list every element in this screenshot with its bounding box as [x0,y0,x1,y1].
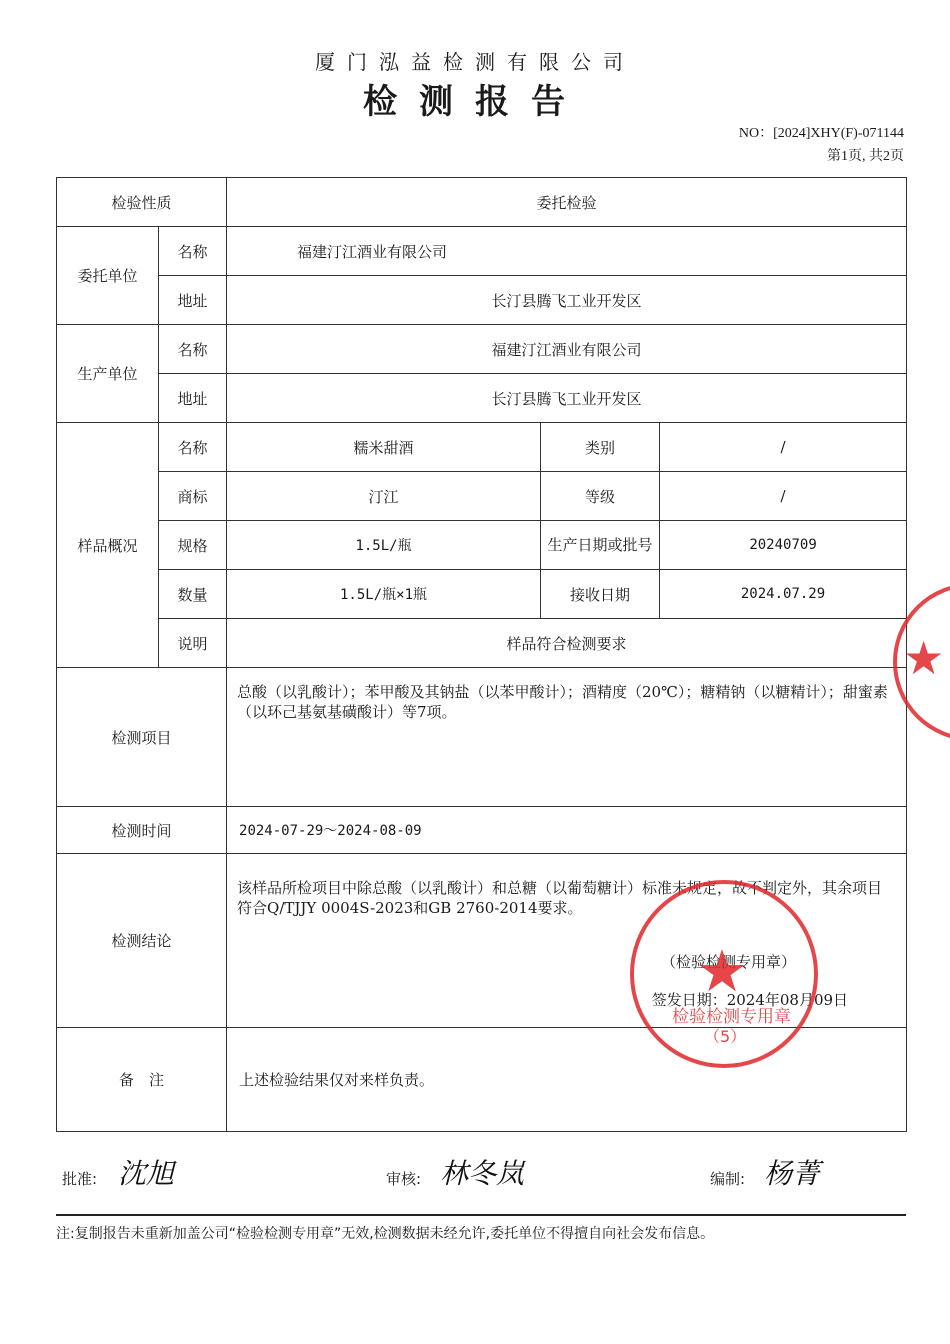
remarks-value: 上述检验结果仅对来样负责。 [227,1028,907,1132]
company-name: 厦门泓益检测有限公司 [0,46,950,75]
sample-row-label: 数量 [159,570,227,619]
sample-row-value2: / [660,472,907,521]
sample-row-value: 汀江 [227,472,541,521]
approve-signature: 沈旭 [118,1152,174,1192]
approve-label: 批准: [62,1168,97,1189]
producer-name-label: 名称 [159,325,227,374]
sample-row-label2: 等级 [541,472,660,521]
signature-row: 批准: 沈旭 审核: 林冬岚 编制: 杨菁 [62,1160,902,1200]
sample-row-label: 名称 [159,423,227,472]
test-time-label: 检测时间 [57,807,227,854]
sample-row-label2: 生产日期或批号 [541,521,660,570]
client-label: 委托单位 [57,227,159,325]
star-icon: ★ [903,635,944,681]
client-address: 长汀县腾飞工业开发区 [227,276,907,325]
sample-note: 样品符合检测要求 [227,619,907,668]
conclusion-text: 该样品所检项目中除总酸（以乳酸计）和总糖（以葡萄糖计）标准未规定，故不判定外，其… [237,878,896,918]
inspection-seal: ★ 检验检测专用章 （5） [630,880,818,1068]
client-name: 福建汀江酒业有限公司 [227,227,907,276]
sample-row-label2: 类别 [541,423,660,472]
producer-name: 福建汀江酒业有限公司 [227,325,907,374]
conclusion-label: 检测结论 [57,854,227,1028]
sample-row-label: 规格 [159,521,227,570]
report-title: 检测报告 [0,74,950,123]
sample-row-value: 1.5L/瓶×1瓶 [227,570,541,619]
inspection-type-value: 委托检验 [227,178,907,227]
client-name-label: 名称 [159,227,227,276]
producer-address: 长汀县腾飞工业开发区 [227,374,907,423]
sample-row-value: 1.5L/瓶 [227,521,541,570]
compile-label: 编制: [710,1168,745,1189]
sample-note-label: 说明 [159,619,227,668]
test-items-label: 检测项目 [57,668,227,807]
remarks-label: 备 注 [57,1028,227,1132]
sample-row-value2: 2024.07.29 [660,570,907,619]
star-icon: ★ [696,942,748,1000]
sample-row-value2: 20240709 [660,521,907,570]
test-items-value: 总酸（以乳酸计）；苯甲酸及其钠盐（以苯甲酸计）；酒精度（20℃）；糖精钠（以糖精… [227,668,907,807]
seal-number: （5） [704,1024,746,1047]
producer-label: 生产单位 [57,325,159,423]
compile-signature: 杨菁 [764,1152,820,1192]
review-label: 审核: [386,1168,421,1189]
sample-label: 样品概况 [57,423,159,668]
producer-address-label: 地址 [159,374,227,423]
test-time-value: 2024-07-29～2024-08-09 [227,807,907,854]
review-signature: 林冬岚 [440,1152,524,1192]
sample-row-value: 糯米甜酒 [227,423,541,472]
client-address-label: 地址 [159,276,227,325]
sample-row-value2: / [660,423,907,472]
footer-divider [56,1214,906,1216]
sample-row-label: 商标 [159,472,227,521]
page-info: 第1页, 共2页 [827,145,904,165]
sample-row-label2: 接收日期 [541,570,660,619]
inspection-type-label: 检验性质 [57,178,227,227]
footnote: 注:复制报告未重新加盖公司“检验检测专用章”无效,检测数据未经允许,委托单位不得… [56,1223,714,1243]
report-number: NO：[2024]XHY(F)-071144 [739,122,904,142]
